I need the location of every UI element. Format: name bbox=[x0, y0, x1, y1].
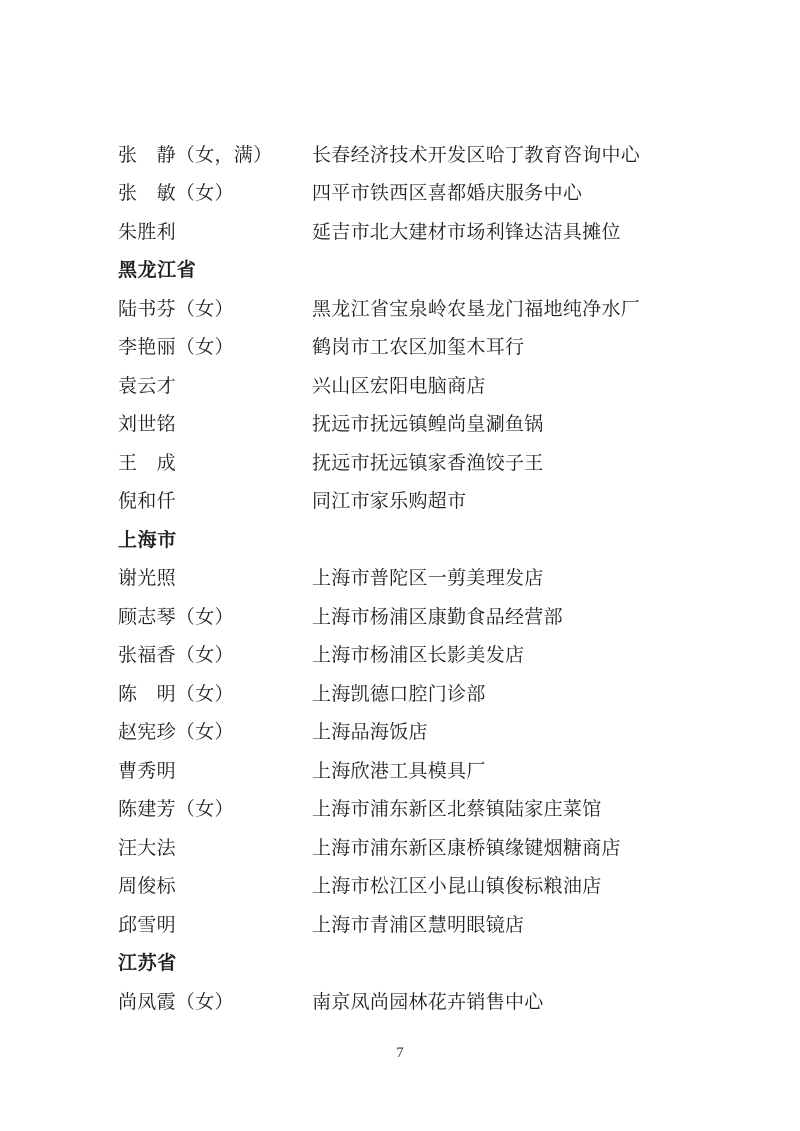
list-item: 张 静（女，满）长春经济技术开发区哈丁教育咨询中心 bbox=[118, 134, 748, 173]
person-name: 李艳丽（女） bbox=[118, 332, 312, 359]
organization-name: 上海市松江区小昆山镇俊标粮油店 bbox=[312, 871, 748, 898]
list-item: 尚凤霞（女）南京凤尚园林花卉销售中心 bbox=[118, 981, 748, 1020]
person-name: 谢光照 bbox=[118, 563, 312, 590]
organization-name: 上海市杨浦区长影美发店 bbox=[312, 640, 748, 667]
person-name: 赵宪珍（女） bbox=[118, 717, 312, 744]
person-name: 袁云才 bbox=[118, 371, 312, 398]
organization-name: 兴山区宏阳电脑商店 bbox=[312, 371, 748, 398]
person-name: 王 成 bbox=[118, 448, 312, 475]
person-name: 曹秀明 bbox=[118, 756, 312, 783]
person-name: 朱胜利 bbox=[118, 217, 312, 244]
section-header: 黑龙江省 bbox=[118, 250, 748, 289]
person-name: 张福香（女） bbox=[118, 640, 312, 667]
organization-name: 南京凤尚园林花卉销售中心 bbox=[312, 987, 748, 1014]
person-name: 陈建芳（女） bbox=[118, 794, 312, 821]
list-item: 袁云才兴山区宏阳电脑商店 bbox=[118, 365, 748, 404]
organization-name: 延吉市北大建材市场利锋达洁具摊位 bbox=[312, 217, 748, 244]
person-name: 倪和仟 bbox=[118, 486, 312, 513]
list-item: 汪大法上海市浦东新区康桥镇缘键烟糖商店 bbox=[118, 827, 748, 866]
document-page: 张 静（女，满）长春经济技术开发区哈丁教育咨询中心张 敏（女）四平市铁西区喜都婚… bbox=[0, 0, 800, 1131]
list-item: 陆书芬（女）黑龙江省宝泉岭农垦龙门福地纯净水厂 bbox=[118, 288, 748, 327]
list-item: 朱胜利延吉市北大建材市场利锋达洁具摊位 bbox=[118, 211, 748, 250]
list-item: 张 敏（女）四平市铁西区喜都婚庆服务中心 bbox=[118, 173, 748, 212]
list-item: 陈建芳（女）上海市浦东新区北蔡镇陆家庄菜馆 bbox=[118, 789, 748, 828]
person-name: 汪大法 bbox=[118, 833, 312, 860]
list-item: 赵宪珍（女）上海品海饭店 bbox=[118, 712, 748, 751]
organization-name: 长春经济技术开发区哈丁教育咨询中心 bbox=[312, 140, 748, 167]
list-item: 倪和仟同江市家乐购超市 bbox=[118, 481, 748, 520]
page-number: 7 bbox=[0, 1045, 800, 1062]
person-name: 顾志琴（女） bbox=[118, 602, 312, 629]
section-header: 上海市 bbox=[118, 519, 748, 558]
section-header: 江苏省 bbox=[118, 943, 748, 982]
list-item: 顾志琴（女）上海市杨浦区康勤食品经营部 bbox=[118, 596, 748, 635]
person-name: 周俊标 bbox=[118, 871, 312, 898]
organization-name: 上海市浦东新区康桥镇缘键烟糖商店 bbox=[312, 833, 748, 860]
person-name: 张 静（女，满） bbox=[118, 140, 312, 167]
list-item: 陈 明（女）上海凯德口腔门诊部 bbox=[118, 673, 748, 712]
organization-name: 四平市铁西区喜都婚庆服务中心 bbox=[312, 178, 748, 205]
organization-name: 上海市杨浦区康勤食品经营部 bbox=[312, 602, 748, 629]
organization-name: 鹤岗市工农区加玺木耳行 bbox=[312, 332, 748, 359]
list-item: 张福香（女）上海市杨浦区长影美发店 bbox=[118, 635, 748, 674]
organization-name: 上海市普陀区一剪美理发店 bbox=[312, 563, 748, 590]
organization-name: 上海品海饭店 bbox=[312, 717, 748, 744]
organization-name: 黑龙江省宝泉岭农垦龙门福地纯净水厂 bbox=[312, 294, 748, 321]
person-name: 陆书芬（女） bbox=[118, 294, 312, 321]
person-name: 刘世铭 bbox=[118, 409, 312, 436]
person-name: 张 敏（女） bbox=[118, 178, 312, 205]
list-item: 李艳丽（女）鹤岗市工农区加玺木耳行 bbox=[118, 327, 748, 366]
organization-name: 上海市青浦区慧明眼镜店 bbox=[312, 910, 748, 937]
list-item: 谢光照上海市普陀区一剪美理发店 bbox=[118, 558, 748, 597]
person-name: 邱雪明 bbox=[118, 910, 312, 937]
list-item: 王 成抚远市抚远镇家香渔饺子王 bbox=[118, 442, 748, 481]
list-item: 周俊标上海市松江区小昆山镇俊标粮油店 bbox=[118, 866, 748, 905]
organization-name: 上海凯德口腔门诊部 bbox=[312, 679, 748, 706]
person-name: 尚凤霞（女） bbox=[118, 987, 312, 1014]
name-list: 张 静（女，满）长春经济技术开发区哈丁教育咨询中心张 敏（女）四平市铁西区喜都婚… bbox=[118, 134, 748, 1020]
organization-name: 抚远市抚远镇鳇尚皇涮鱼锅 bbox=[312, 409, 748, 436]
organization-name: 抚远市抚远镇家香渔饺子王 bbox=[312, 448, 748, 475]
organization-name: 同江市家乐购超市 bbox=[312, 486, 748, 513]
organization-name: 上海市浦东新区北蔡镇陆家庄菜馆 bbox=[312, 794, 748, 821]
list-item: 邱雪明上海市青浦区慧明眼镜店 bbox=[118, 904, 748, 943]
list-item: 曹秀明上海欣港工具模具厂 bbox=[118, 750, 748, 789]
person-name: 陈 明（女） bbox=[118, 679, 312, 706]
list-item: 刘世铭抚远市抚远镇鳇尚皇涮鱼锅 bbox=[118, 404, 748, 443]
organization-name: 上海欣港工具模具厂 bbox=[312, 756, 748, 783]
